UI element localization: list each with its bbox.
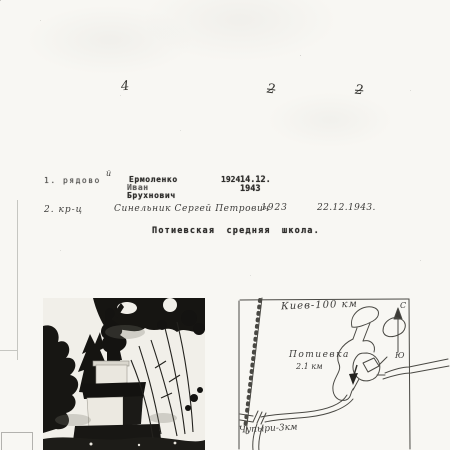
rank-cell: 1. рядово (44, 176, 101, 185)
compass-north-label: С (400, 301, 406, 310)
monument-marker-icon (349, 365, 358, 385)
page-number: 2 (266, 81, 276, 97)
ground-speckle (174, 442, 177, 445)
school-note: Потиевская средняя школа. (152, 226, 320, 236)
road-east (385, 359, 448, 373)
road-southwest (261, 395, 347, 417)
village-lobe (383, 318, 405, 337)
page-number: 2 (354, 83, 364, 99)
patronymic-cell: Брухнович (127, 191, 176, 200)
plinth (96, 365, 127, 384)
ground-speckle (90, 443, 93, 446)
map-label-village: Потиевка (289, 350, 350, 360)
scan-noise (0, 0, 1, 1)
fullname-cell: Синельник Сергей Петрович (114, 204, 270, 214)
birth-year-cell: 1923 (261, 203, 288, 213)
sky-gap (163, 298, 177, 312)
rank-cell: 2. кр-ц (44, 205, 83, 215)
compass-south-label: Ю (395, 351, 405, 360)
birth-year-cell: 1924 (221, 175, 240, 184)
corner-mark (1, 432, 33, 450)
village-hat (352, 307, 379, 327)
street (379, 357, 387, 365)
fold-line (17, 200, 18, 360)
pedestal-side (123, 396, 143, 426)
school-block (363, 358, 379, 372)
monument-photo (43, 298, 205, 450)
road-east (383, 366, 449, 379)
map-border-right (409, 299, 410, 449)
ground-speckle (138, 444, 140, 446)
village-stem (353, 328, 357, 339)
rank-correction-mark: й (106, 169, 111, 178)
railroad-ticks (245, 300, 260, 429)
pedestal-front (87, 397, 123, 428)
death-year-cell: 1943 (240, 184, 260, 194)
page-number: 4 (120, 79, 130, 95)
scanned-document-page: 4 2 2 1. рядово й Ермоленко Иван Брухнов… (0, 0, 450, 450)
map-label-village-note: 2.1 км (296, 362, 323, 371)
death-date-cell: 22.12.1943. (317, 203, 376, 213)
village-outline-right (363, 341, 374, 352)
fold-tick (0, 350, 17, 351)
village-outline-left (333, 339, 354, 400)
bridge-ticks (253, 411, 266, 424)
